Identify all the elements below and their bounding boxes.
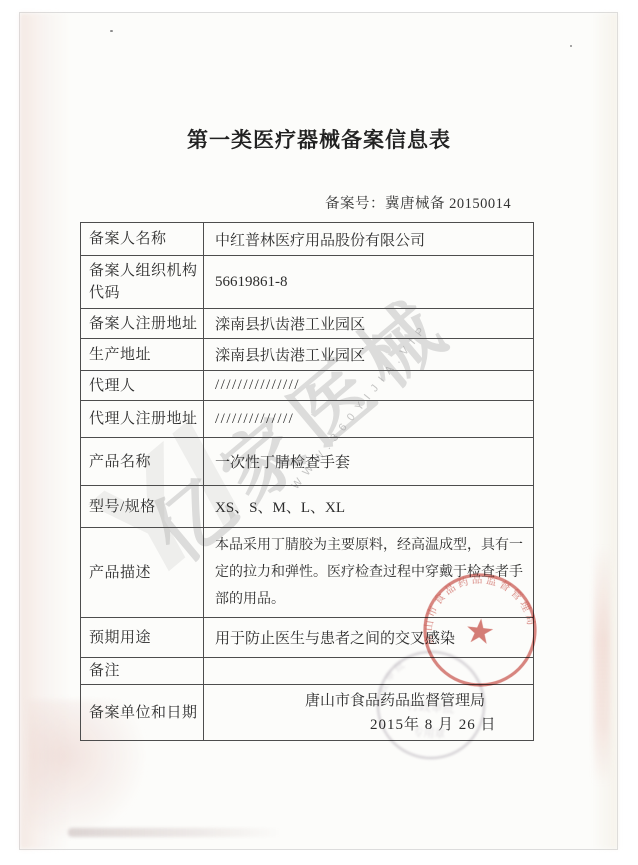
row-value: 中红普林医疗用品股份有限公司 bbox=[204, 223, 534, 256]
row-label: 备案人注册地址 bbox=[81, 309, 204, 339]
record-number-label: 备案号： bbox=[325, 196, 385, 212]
svg-text:行政审批: 行政审批 bbox=[374, 655, 410, 709]
row-label: 备案人组织机构代码 bbox=[81, 256, 204, 309]
scan-speck bbox=[570, 45, 572, 47]
row-label: 备注 bbox=[81, 658, 204, 685]
row-label: 备案人名称 bbox=[81, 223, 204, 256]
scan-speck bbox=[110, 30, 113, 32]
row-value: 滦南县扒齿港工业园区 bbox=[204, 309, 534, 339]
row-label: 型号/规格 bbox=[81, 486, 204, 528]
row-value: /////////////// bbox=[204, 371, 534, 401]
row-label: 生产地址 bbox=[81, 339, 204, 371]
page-title: 第一类医疗器械备案信息表 bbox=[0, 124, 638, 154]
seal-line-text: 行政审批 bbox=[407, 698, 455, 715]
star-icon: ★ bbox=[463, 612, 497, 652]
table-row: 型号/规格 XS、S、M、L、XL bbox=[81, 486, 534, 528]
table-row: 备案人注册地址 滦南县扒齿港工业园区 bbox=[81, 309, 534, 339]
row-value: 滦南县扒齿港工业园区 bbox=[204, 339, 534, 371]
row-value: ////////////// bbox=[204, 401, 534, 438]
record-number: 备案号：冀唐械备 20150014 bbox=[325, 192, 511, 213]
table-row: 备案人组织机构代码 56619861-8 bbox=[81, 256, 534, 309]
row-value: 一次性丁腈检查手套 bbox=[204, 438, 534, 486]
seal-line-text: 专用章 bbox=[412, 724, 445, 740]
row-label: 产品描述 bbox=[81, 528, 204, 618]
record-number-value: 冀唐械备 20150014 bbox=[385, 196, 511, 212]
row-label: 产品名称 bbox=[81, 438, 204, 486]
row-label: 代理人 bbox=[81, 371, 204, 401]
table-row: 代理人 /////////////// bbox=[81, 371, 534, 401]
scan-noise-pink-streak bbox=[594, 545, 610, 785]
table-row: 产品名称 一次性丁腈检查手套 bbox=[81, 438, 534, 486]
placeholder-slashes: /////////////// bbox=[215, 377, 300, 393]
table-row: 代理人注册地址 ////////////// bbox=[81, 401, 534, 438]
faint-seal-stamp: 行政审批 行政审批 专用章 bbox=[368, 642, 494, 768]
row-value: 56619861-8 bbox=[204, 256, 534, 309]
row-value: XS、S、M、L、XL bbox=[204, 486, 534, 528]
placeholder-slashes: ////////////// bbox=[215, 411, 294, 427]
table-row: 备案人名称 中红普林医疗用品股份有限公司 bbox=[81, 223, 534, 256]
scan-smudge bbox=[68, 828, 283, 837]
table-row: 生产地址 滦南县扒齿港工业园区 bbox=[81, 339, 534, 371]
row-label: 代理人注册地址 bbox=[81, 401, 204, 438]
seal-arc-text: 行政审批 bbox=[374, 655, 410, 709]
row-label: 预期用途 bbox=[81, 618, 204, 658]
row-label: 备案单位和日期 bbox=[81, 685, 204, 741]
